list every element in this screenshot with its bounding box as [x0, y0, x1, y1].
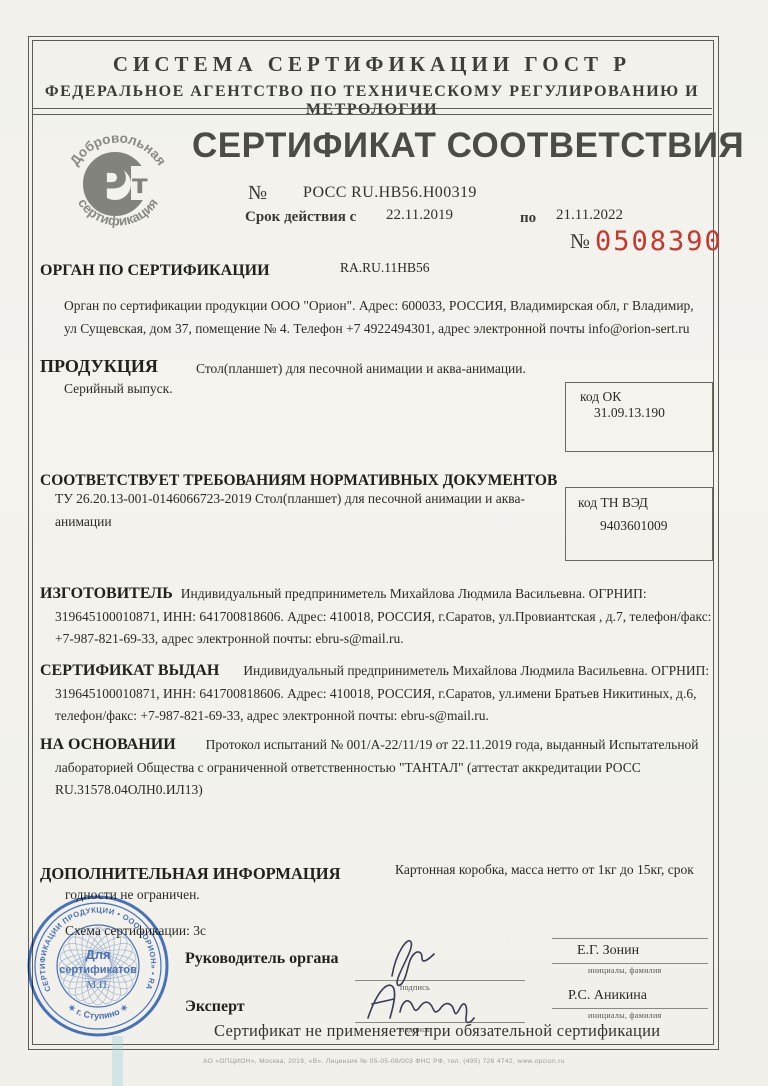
stamp-center-line2: сертификатов	[59, 964, 137, 976]
expert-name-caption: инициалы, фамилия	[588, 1011, 662, 1020]
blank-form-number: 0508390	[595, 226, 723, 257]
expert-name-line	[552, 1008, 708, 1009]
certification-system-title: СИСТЕМА СЕРТИФИКАЦИИ ГОСТ Р	[32, 52, 712, 77]
certification-body-text: Орган по сертификации продукции ООО "Ори…	[64, 295, 709, 340]
expert-role-label: Эксперт	[185, 998, 245, 1016]
manufacturer-section: ИЗГОТОВИТЕЛЬИндивидуальный предпринимете…	[40, 583, 729, 651]
ok-code-value: 31.09.13.190	[594, 405, 665, 421]
manufacturer-label: ИЗГОТОВИТЕЛЬ	[40, 585, 173, 602]
logo-letter-t: т	[132, 169, 148, 200]
header-separator-line-2	[32, 114, 712, 115]
certification-body-code: RA.RU.11HB56	[340, 260, 430, 276]
tnved-code-box: код ТН ВЭД 9403601009	[565, 487, 713, 561]
head-name-top-line	[552, 938, 708, 939]
header-separator-line-1	[32, 108, 712, 109]
head-name: Е.Г. Зонин	[577, 943, 639, 959]
expert-name: Р.С. Аникина	[568, 988, 647, 1004]
product-label: ПРОДУКЦИЯ	[40, 356, 158, 377]
issued-to-section: СЕРТИФИКАТ ВЫДАНИндивидуальный предприни…	[40, 660, 729, 728]
valid-from-date: 22.11.2019	[386, 207, 453, 224]
head-name-caption: инициалы, фамилия	[588, 966, 662, 975]
number-sign: №	[248, 182, 267, 205]
logo-letter-p: Р	[94, 157, 128, 211]
valid-to-date: 21.11.2022	[556, 207, 623, 224]
additional-info-text: Картонная коробка, масса нетто от 1кг до…	[395, 859, 725, 882]
document-title: СЕРТИФИКАТ СООТВЕТСТВИЯ	[192, 126, 712, 166]
bottom-note: Сертификат не применяется при обязательн…	[214, 1021, 660, 1041]
stamp-mp-mark: М.П.	[86, 979, 109, 991]
certificate-number: РОСС RU.HB56.H00319	[303, 184, 477, 202]
tnved-code-label: код ТН ВЭД	[578, 495, 648, 511]
stamp-center-line1: Для	[85, 947, 110, 962]
basis-section: НА ОСНОВАНИИПротокол испытаний № 001/А-2…	[40, 734, 729, 802]
validity-label: Срок действия с	[245, 209, 356, 226]
tnved-code-value: 9403601009	[600, 518, 668, 534]
ok-code-box: код ОК 31.09.13.190	[565, 382, 713, 452]
product-subtitle: Серийный выпуск.	[64, 378, 173, 401]
head-role-label: Руководитель органа	[185, 950, 339, 968]
certification-body-label: ОРГАН ПО СЕРТИФИКАЦИИ	[40, 262, 270, 280]
compliance-text: ТУ 26.20.13-001-0146066723-2019 Стол(пла…	[55, 488, 550, 533]
rst-voluntary-certification-logo-icon: Р т Добровольная сертификация	[56, 120, 180, 242]
basis-label: НА ОСНОВАНИИ	[40, 736, 176, 753]
additional-info-label: ДОПОЛНИТЕЛЬНАЯ ИНФОРМАЦИЯ	[40, 864, 341, 884]
issued-to-label: СЕРТИФИКАТ ВЫДАН	[40, 662, 219, 679]
blank-number-sign: №	[570, 229, 590, 254]
ok-code-label: код ОК	[580, 389, 621, 405]
product-description: Стол(планшет) для песочной анимации и ак…	[196, 358, 556, 381]
certification-body-stamp-icon: ОРГАН ПО СЕРТИФИКАЦИИ ПРОДУКЦИИ • ООО «О…	[23, 891, 173, 1041]
scan-artifact-streak	[112, 1036, 123, 1086]
valid-to-label: по	[520, 210, 536, 227]
head-name-line	[552, 963, 708, 964]
